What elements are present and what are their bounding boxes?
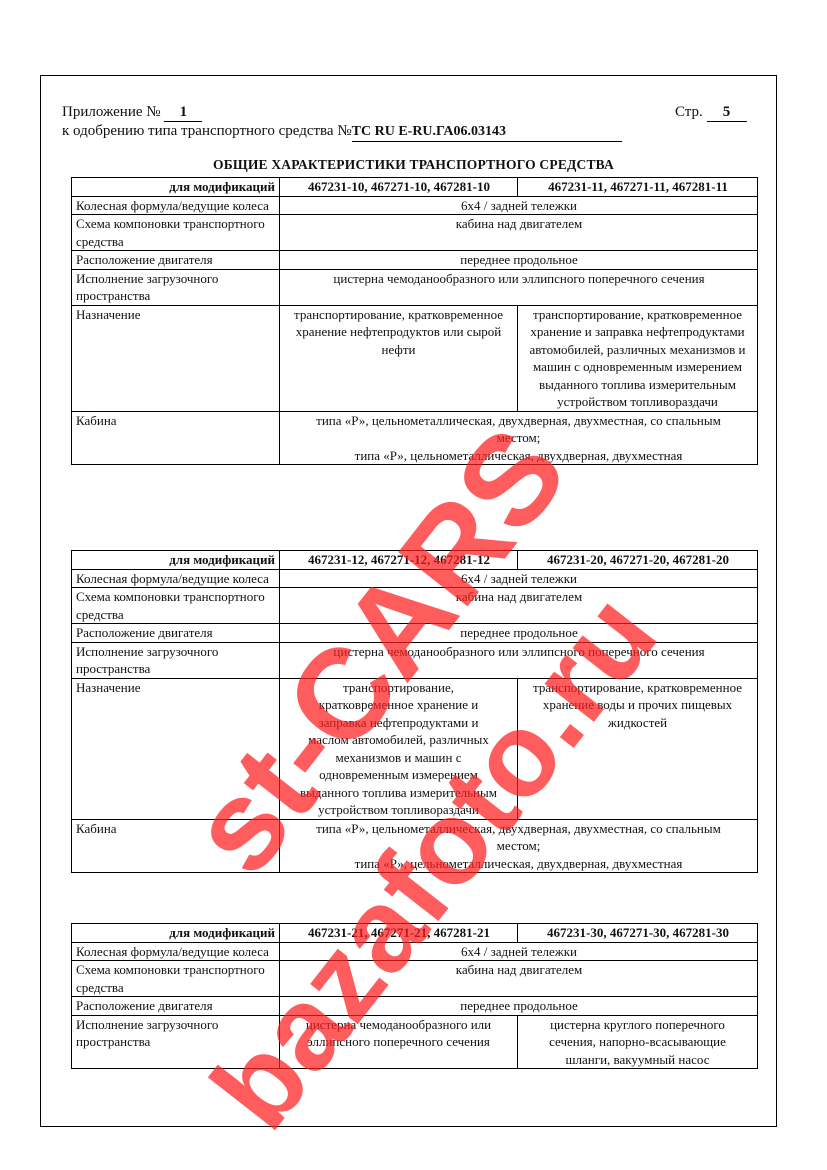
cab-line-2: типа «Р», цельнометаллическая, двухдверн… [304, 447, 733, 465]
cargo-value: цистерна чемоданообразного или эллипсног… [280, 642, 758, 678]
spec-table-3: для модификаций 467231-21, 467271-21, 46… [71, 923, 758, 1069]
appendix-label: Приложение № [62, 104, 161, 120]
table-row: Расположение двигателя переднее продольн… [72, 251, 758, 270]
table-row: Назначение транспортирование, кратковрем… [72, 305, 758, 411]
table-row: Колесная формула/ведущие колеса 6x4 / за… [72, 569, 758, 588]
cargo-value: цистерна чемоданообразного или эллипсног… [280, 269, 758, 305]
table-row: Колесная формула/ведущие колеса 6x4 / за… [72, 942, 758, 961]
purpose-value-a: транспортирование, кратковременное хране… [280, 678, 518, 819]
modification-group-a: 467231-12, 467271-12, 467281-12 [280, 551, 518, 570]
table-row: Исполнение загрузочного пространства цис… [72, 1015, 758, 1069]
appendix-line: Приложение № 1 [62, 103, 202, 122]
row-label: Колесная формула/ведущие колеса [72, 942, 280, 961]
cab-value: типа «Р», цельнометаллическая, двухдверн… [280, 411, 758, 465]
appendix-number: 1 [164, 103, 202, 122]
table-row: Колесная формула/ведущие колеса 6x4 / за… [72, 196, 758, 215]
cab-line-1: типа «Р», цельнометаллическая, двухдверн… [304, 412, 733, 447]
table-row: Назначение транспортирование, кратковрем… [72, 678, 758, 819]
table-row: Кабина типа «Р», цельнометаллическая, дв… [72, 411, 758, 465]
page-label: Стр. [675, 104, 703, 120]
modification-group-a: 467231-21, 467271-21, 467281-21 [280, 924, 518, 943]
modifications-label: для модификаций [72, 551, 280, 570]
table-row: Исполнение загрузочного пространства цис… [72, 269, 758, 305]
approval-line: к одобрению типа транспортного средства … [62, 122, 622, 142]
row-label: Схема компоновки транспортного средства [72, 215, 280, 251]
wheel-formula-value: 6x4 / задней тележки [280, 196, 758, 215]
modifications-label: для модификаций [72, 178, 280, 197]
purpose-value-b: транспортирование, кратковременное хране… [518, 678, 758, 819]
table-row: Расположение двигателя переднее продольн… [72, 624, 758, 643]
approval-label: к одобрению типа транспортного средства … [62, 123, 352, 139]
table-row: Схема компоновки транспортного средства … [72, 215, 758, 251]
table-row: Кабина типа «Р», цельнометаллическая, дв… [72, 819, 758, 873]
row-label: Схема компоновки транспортного средства [72, 961, 280, 997]
page-number: 5 [707, 103, 747, 122]
table-row: для модификаций 467231-21, 467271-21, 46… [72, 924, 758, 943]
engine-position-value: переднее продольное [280, 624, 758, 643]
row-label: Кабина [72, 819, 280, 873]
modifications-label: для модификаций [72, 924, 280, 943]
approval-number: ТС RU E-RU.ГА06.03143 [352, 123, 622, 142]
row-label: Схема компоновки транспортного средства [72, 588, 280, 624]
cargo-value-b: цистерна круглого поперечного сечения, н… [518, 1015, 758, 1069]
layout-value: кабина над двигателем [280, 961, 758, 997]
table-row: для модификаций 467231-12, 467271-12, 46… [72, 551, 758, 570]
engine-position-value: переднее продольное [280, 251, 758, 270]
engine-position-value: переднее продольное [280, 997, 758, 1016]
cargo-value-a: цистерна чемоданообразного или эллипсног… [280, 1015, 518, 1069]
page-number-line: Стр. 5 [675, 103, 747, 122]
row-label: Расположение двигателя [72, 997, 280, 1016]
table-row: Расположение двигателя переднее продольн… [72, 997, 758, 1016]
table-row: Схема компоновки транспортного средства … [72, 961, 758, 997]
row-label: Расположение двигателя [72, 251, 280, 270]
cab-line-2: типа «Р», цельнометаллическая, двухдверн… [304, 855, 733, 873]
row-label: Исполнение загрузочного пространства [72, 642, 280, 678]
row-label: Колесная формула/ведущие колеса [72, 196, 280, 215]
spec-table-2: для модификаций 467231-12, 467271-12, 46… [71, 550, 758, 873]
row-label: Колесная формула/ведущие колеса [72, 569, 280, 588]
purpose-value-a: транспортирование, кратковременное хране… [280, 305, 518, 411]
spec-table-1: для модификаций 467231-10, 467271-10, 46… [71, 177, 758, 465]
layout-value: кабина над двигателем [280, 215, 758, 251]
row-label: Исполнение загрузочного пространства [72, 1015, 280, 1069]
row-label: Расположение двигателя [72, 624, 280, 643]
table-row: Исполнение загрузочного пространства цис… [72, 642, 758, 678]
layout-value: кабина над двигателем [280, 588, 758, 624]
cab-line-1: типа «Р», цельнометаллическая, двухдверн… [304, 820, 733, 855]
document-title: ОБЩИЕ ХАРАКТЕРИСТИКИ ТРАНСПОРТНОГО СРЕДС… [0, 157, 827, 173]
modification-group-a: 467231-10, 467271-10, 467281-10 [280, 178, 518, 197]
row-label: Назначение [72, 305, 280, 411]
modification-group-b: 467231-30, 467271-30, 467281-30 [518, 924, 758, 943]
wheel-formula-value: 6x4 / задней тележки [280, 569, 758, 588]
modification-group-b: 467231-20, 467271-20, 467281-20 [518, 551, 758, 570]
purpose-value-b: транспортирование, кратковременное хране… [518, 305, 758, 411]
wheel-formula-value: 6x4 / задней тележки [280, 942, 758, 961]
row-label: Кабина [72, 411, 280, 465]
cab-value: типа «Р», цельнометаллическая, двухдверн… [280, 819, 758, 873]
table-row: для модификаций 467231-10, 467271-10, 46… [72, 178, 758, 197]
table-row: Схема компоновки транспортного средства … [72, 588, 758, 624]
modification-group-b: 467231-11, 467271-11, 467281-11 [518, 178, 758, 197]
row-label: Исполнение загрузочного пространства [72, 269, 280, 305]
row-label: Назначение [72, 678, 280, 819]
